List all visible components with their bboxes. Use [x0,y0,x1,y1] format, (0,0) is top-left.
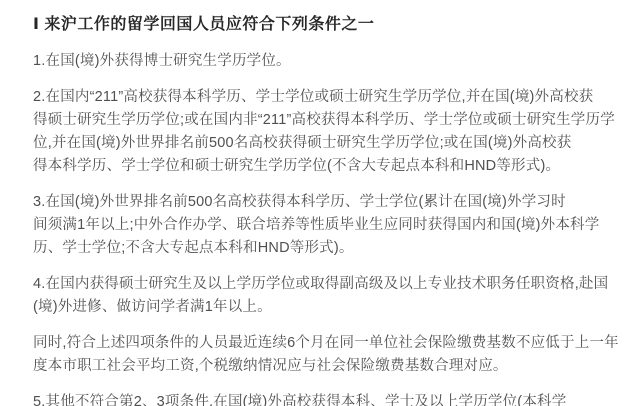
paragraph-condition-1: 1.在国(境)外获得博士研究生学历学位。 [33,50,612,73]
paragraph-condition-3: 3.在国(境)外世界排名前500名高校获得本科学历、学士学位(累计在国(境)外学… [33,191,612,260]
policy-document: Ⅰ 来沪工作的留学回国人员应符合下列条件之一 1.在国(境)外获得博士研究生学历… [0,0,640,406]
document-title: Ⅰ 来沪工作的留学回国人员应符合下列条件之一 [33,13,612,37]
paragraph-social-insurance-note: 同时,符合上述四项条件的人员最近连续6个月在同一单位社会保险缴费基数不应低于上一… [33,332,612,378]
paragraph-condition-4: 4.在国内获得硕士研究生及以上学历学位或取得副高级及以上专业技术职务任职资格,赴… [33,273,612,319]
paragraph-condition-5-clipped: 5.其他不符合第2、3项条件,在国(境)外高校获得本科、学士及以上学历学位(本科… [33,391,612,406]
paragraph-condition-2: 2.在国内“211”高校获得本科学历、学士学位或硕士研究生学历学位,并在国(境)… [33,86,612,178]
